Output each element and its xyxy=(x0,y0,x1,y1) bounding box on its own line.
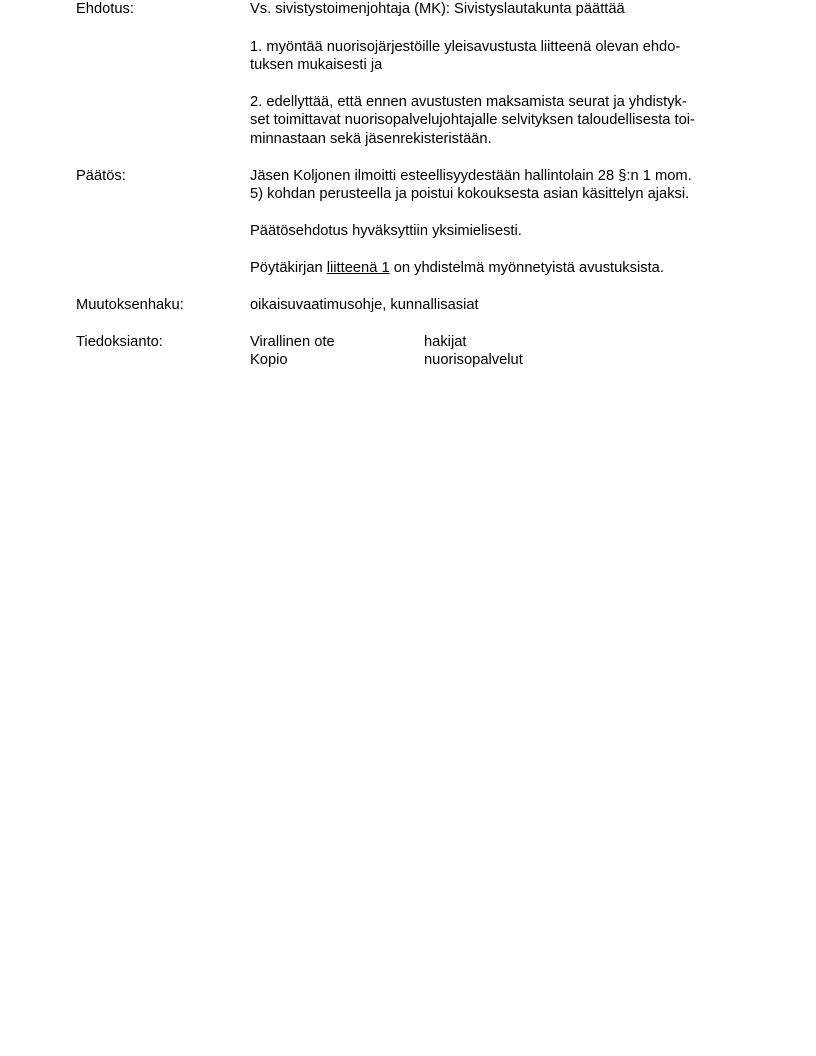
paatos-p3-after: on yhdistelmä myönnetyistä avustuksista. xyxy=(390,260,664,276)
tiedoksianto-type-2: Kopio xyxy=(250,351,420,369)
paatos-p1-line2: 5) kohdan perusteella ja poistui kokouks… xyxy=(250,185,750,203)
tiedoksianto-recipient-2: nuorisopalvelut xyxy=(424,351,523,369)
muutoksenhaku-text: oikaisuvaatimusohje, kunnallisasiat xyxy=(250,296,750,314)
paatos-p1-line1: Jäsen Koljonen ilmoitti esteellisyydestä… xyxy=(250,167,750,185)
tiedoksianto-type-1: Virallinen ote xyxy=(250,333,420,351)
ehdotus-item2-line3: minnastaan sekä jäsenrekisteristään. xyxy=(250,130,750,148)
ehdotus-intro: Vs. sivistystoimenjohtaja (MK): Sivistys… xyxy=(250,0,750,18)
paatos-p3-before: Pöytäkirjan xyxy=(250,260,327,276)
muutoksenhaku-label: Muutoksenhaku: xyxy=(76,296,184,314)
ehdotus-item2-line1: 2. edellyttää, että ennen avustusten mak… xyxy=(250,93,750,111)
ehdotus-label: Ehdotus: xyxy=(76,0,134,18)
ehdotus-item2-line2: set toimittavat nuorisopalvelujohtajalle… xyxy=(250,111,750,129)
tiedoksianto-recipient-1: hakijat xyxy=(424,333,466,351)
paatos-label: Päätös: xyxy=(76,167,126,185)
ehdotus-item1-line2: tuksen mukaisesti ja xyxy=(250,56,750,74)
attachment-link[interactable]: liitteenä 1 xyxy=(327,260,390,276)
paatos-p2: Päätösehdotus hyväksyttiin yksimielisest… xyxy=(250,222,750,240)
paatos-p3: Pöytäkirjan liitteenä 1 on yhdistelmä my… xyxy=(250,259,750,277)
ehdotus-item1-line1: 1. myöntää nuorisojärjestöille yleisavus… xyxy=(250,38,750,56)
tiedoksianto-label: Tiedoksianto: xyxy=(76,333,163,351)
